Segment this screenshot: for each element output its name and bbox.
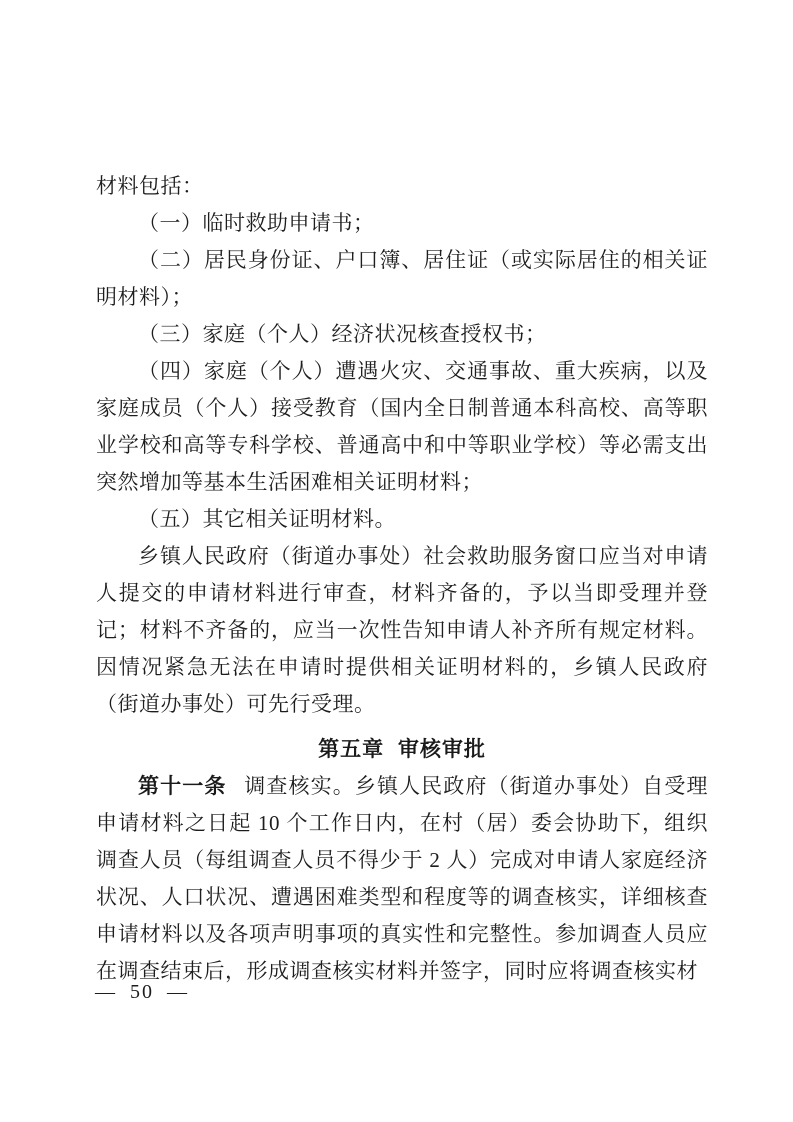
document-page: 材料包括： （一）临时救助申请书； （二）居民身份证、户口簿、居住证（或实际居住… — [0, 0, 793, 1122]
article-body: 调查核实。乡镇人民政府（街道办事处）自受理申请材料之日起 10 个工作日内，在村… — [96, 774, 708, 983]
document-body: 材料包括： （一）临时救助申请书； （二）居民身份证、户口簿、居住证（或实际居住… — [96, 168, 708, 990]
paragraph-acceptance: 乡镇人民政府（街道办事处）社会救助服务窗口应当对申请人提交的申请材料进行审查，材… — [96, 538, 708, 723]
list-item-2: （二）居民身份证、户口簿、居住证（或实际居住的相关证明材料）； — [96, 242, 708, 316]
page-number: — 50 — — [95, 981, 189, 1003]
chapter-heading: 第五章 审核审批 — [96, 731, 708, 768]
list-item-3: （三）家庭（个人）经济状况核查授权书； — [96, 316, 708, 353]
list-item-5: （五）其它相关证明材料。 — [96, 501, 708, 538]
paragraph-article-11: 第十一条调查核实。乡镇人民政府（街道办事处）自受理申请材料之日起 10 个工作日… — [96, 768, 708, 990]
list-item-4: （四）家庭（个人）遭遇火灾、交通事故、重大疾病，以及家庭成员（个人）接受教育（国… — [96, 353, 708, 501]
paragraph-materials-intro: 材料包括： — [96, 168, 708, 205]
article-number: 第十一条 — [138, 775, 226, 798]
list-item-1: （一）临时救助申请书； — [96, 205, 708, 242]
